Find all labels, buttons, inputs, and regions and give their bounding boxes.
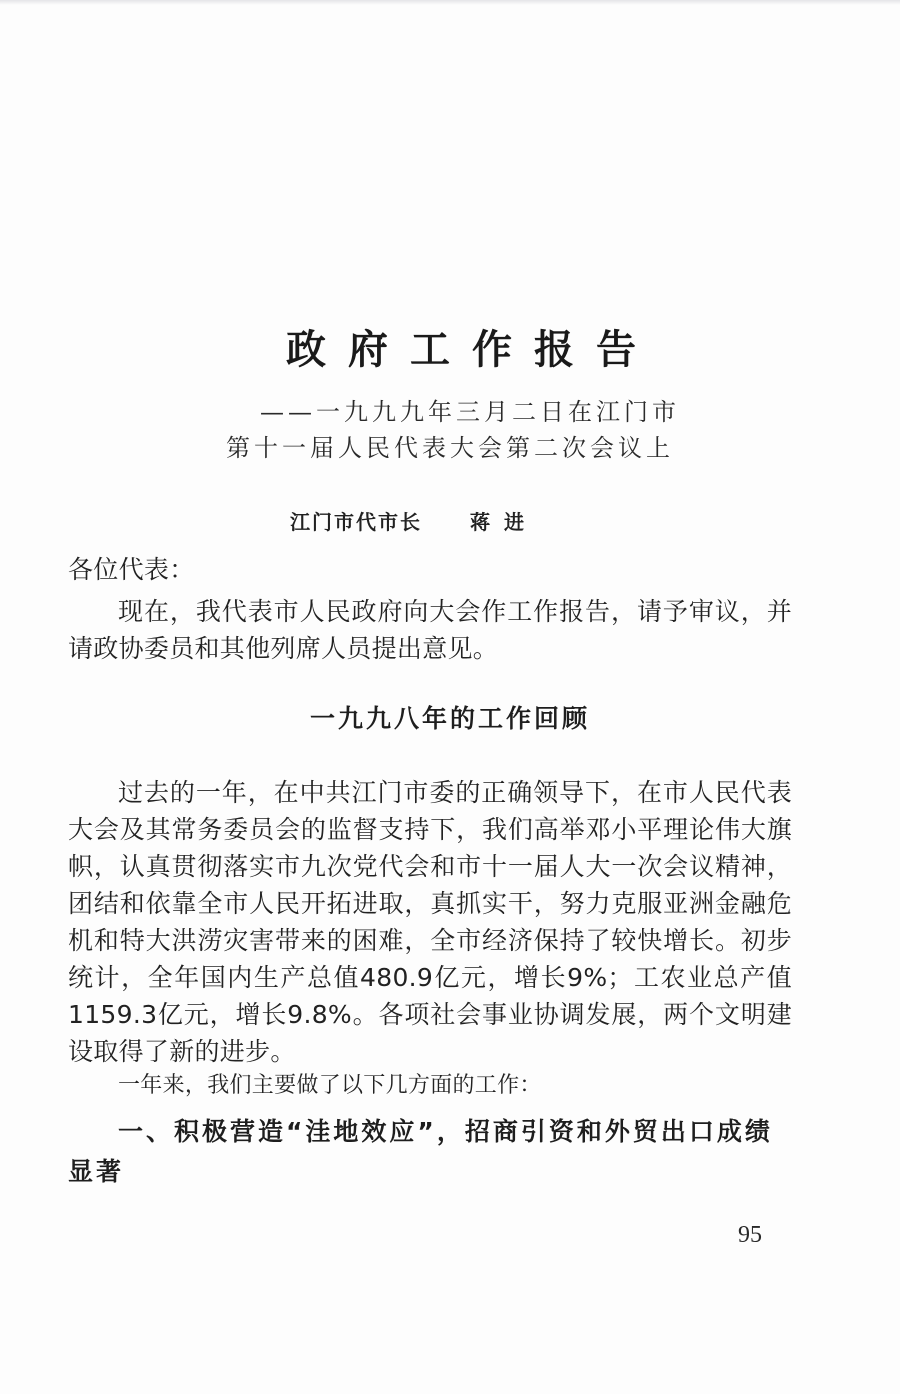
scanned-page: 政府工作报告 ——一九九九年三月二日在江门市 第十一届人民代表大会第二次会议上 … <box>0 0 900 1394</box>
section-heading: 一九九八年的工作回顾 <box>0 699 900 735</box>
author-line: 江门市代市长蒋进 <box>290 506 538 535</box>
salutation: 各位代表： <box>68 551 792 588</box>
intro-paragraph: 现在，我代表市人民政府向大会作工作报告，请予审议，并请政协委员和其他列席人员提出… <box>68 593 792 667</box>
author-role: 江门市代市长 <box>290 510 422 534</box>
document-title: 政府工作报告 <box>0 318 900 375</box>
author-name: 蒋进 <box>470 510 538 534</box>
item1-heading: 一、积极营造“洼地效应”，招商引资和外贸出口成绩显著 <box>68 1112 792 1192</box>
work-intro-paragraph: 一年来，我们主要做了以下几方面的工作： <box>68 1067 792 1104</box>
review-paragraph: 过去的一年，在中共江门市委的正确领导下，在市人民代表大会及其常务委员会的监督支持… <box>68 774 792 1070</box>
document-subtitle-line1: ——一九九九年三月二日在江门市 <box>20 392 900 427</box>
document-subtitle-line2: 第十一届人民代表大会第二次会议上 <box>0 428 900 463</box>
scan-top-edge <box>0 0 900 5</box>
page-number: 95 <box>738 1222 762 1249</box>
